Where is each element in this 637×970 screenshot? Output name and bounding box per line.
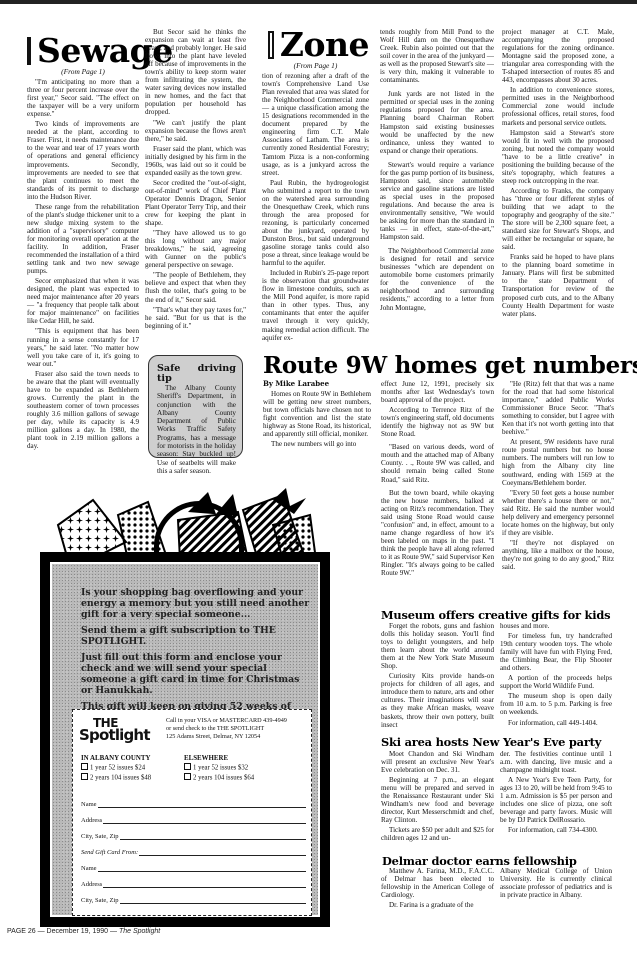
sewage-headline: Sewage — [27, 34, 139, 68]
paragraph: "I'm anticipating no more than a three o… — [27, 78, 139, 118]
ski-col-1: Moet Chandon and Ski Windham will presen… — [381, 750, 494, 845]
paragraph: Dr. Farina is a graduate of the — [381, 901, 494, 909]
ski-col-2: der. The festivities continue until 1 a.… — [500, 750, 612, 836]
sender-name-field[interactable]: Name — [81, 856, 306, 872]
sender-city-state-zip-field[interactable]: City, Sate, Zip — [81, 888, 306, 904]
paragraph: In addition to convenience stores, permi… — [502, 86, 614, 126]
coupon-fields: Name Address City, Sate, Zip Send Gift C… — [81, 792, 306, 904]
page-footer: PAGE 26 — December 19, 1990 — The Spotli… — [7, 928, 160, 935]
paragraph: tion of rezoning after a draft of the to… — [262, 72, 369, 177]
paragraph: For information, call 734-4300. — [500, 826, 612, 834]
ski-headline: Ski area hosts New Year's Eve party — [381, 736, 601, 748]
paragraph: Included in Rubin's 25-page report is th… — [262, 269, 369, 341]
paragraph: "He (Ritz) felt that that was a name for… — [502, 380, 614, 436]
delmar-col-1: Matthew A. Farina, M.D., F.A.C.C. of Del… — [381, 867, 494, 911]
subscription-coupon[interactable]: THE Spotlight Call in your VISA or MASTE… — [72, 709, 312, 916]
paragraph: "This is equipment that has been running… — [27, 327, 139, 367]
elsewhere-1yr-option[interactable]: 1 year 52 issues $32 — [184, 763, 284, 773]
route9w-col-1: By Mike Larabee Homes on Route 9W in Bet… — [263, 380, 371, 450]
museum-col-2: houses and more. For timeless fun, try h… — [500, 622, 612, 729]
paragraph: But the town board, while okaying the ne… — [381, 489, 494, 578]
paragraph: "The people of Bethlehem, they believe a… — [145, 271, 246, 303]
checkbox-bullet-icon — [27, 37, 31, 65]
safe-driving-box: Safe driving tip The Albany County Sheri… — [148, 355, 243, 458]
paragraph: der. The festivities continue until 1 a.… — [500, 750, 612, 774]
spotlight-subscription-ad: Is your shopping bag overflowing and you… — [40, 480, 328, 925]
paragraph: The museum shop is open daily from 10 a.… — [500, 692, 612, 716]
paragraph: "If they're not displayed on anything, l… — [502, 539, 614, 571]
byline: By Mike Larabee — [263, 380, 371, 388]
checkbox-icon[interactable] — [81, 763, 88, 770]
safe-driving-body: The Albany County Sheriff's Department, … — [157, 384, 236, 475]
delmar-col-2: Albany Medical College of Union Universi… — [500, 867, 612, 901]
ad-frame: Is your shopping bag overflowing and you… — [40, 552, 330, 927]
paragraph: A portion of the proceeds helps support … — [500, 674, 612, 690]
paragraph: Beginning at 7 p.m., an elegant menu wil… — [381, 776, 494, 824]
paragraph: According to Franks, the company has "th… — [502, 187, 614, 251]
paragraph: Junk yards are not listed in the permitt… — [380, 90, 494, 154]
name-field[interactable]: Name — [81, 792, 306, 808]
call-in-info: Call in your VISA or MASTERCARD 439-4949… — [166, 717, 287, 741]
checkbox-icon[interactable] — [184, 763, 191, 770]
paragraph: Homes on Route 9W in Bethlehem will be g… — [263, 390, 371, 438]
albany-2yr-option[interactable]: 2 years 104 issues $48 — [81, 773, 181, 783]
paragraph: Secor credited the "out-of-sight, out-of… — [145, 179, 246, 227]
paragraph: Fraser also said the town needs to be aw… — [27, 370, 139, 450]
ad-body: Is your shopping bag overflowing and you… — [50, 562, 320, 917]
paragraph: Hampston said a Stewart's store would fi… — [502, 129, 614, 185]
museum-col-1: Forget the robots, guns and fashion doll… — [381, 622, 494, 731]
paragraph: According to Terrence Ritz of the town's… — [381, 406, 494, 438]
paragraph: Two kinds of improvements are needed at … — [27, 120, 139, 200]
paragraph: Franks said he hoped to have plans to th… — [502, 253, 614, 317]
paragraph: Moet Chandon and Ski Windham will presen… — [381, 750, 494, 774]
paragraph: Paul Rubin, the hydrogeologist who submi… — [262, 179, 369, 268]
paragraph: These range from the rehabilitation of t… — [27, 203, 139, 275]
route9w-col-3: "He (Ritz) felt that that was a name for… — [502, 380, 614, 573]
paragraph: "Every 50 feet gets a house number wheth… — [502, 489, 614, 537]
checkbox-icon[interactable] — [81, 773, 88, 780]
ad-copy-line: Just fill out this form and enclose your… — [81, 652, 311, 696]
checkbox-bullet-icon — [268, 31, 274, 59]
page-top-rule — [0, 0, 637, 4]
checkbox-icon[interactable] — [184, 773, 191, 780]
paragraph: Albany Medical College of Union Universi… — [500, 867, 612, 899]
sewage-col-2: But Secor said he thinks the expansion c… — [145, 28, 246, 332]
elsewhere-2yr-option[interactable]: 2 years 104 issues $64 — [184, 773, 284, 783]
spotlight-logo: THE Spotlight — [79, 717, 150, 744]
museum-headline: Museum offers creative gifts for kids — [381, 609, 610, 621]
paragraph: Matthew A. Farina, M.D., F.A.C.C. of Del… — [381, 867, 494, 899]
paragraph: "They have allowed us to go this long wi… — [145, 229, 246, 269]
albany-county-rates: IN ALBANY COUNTY 1 year 52 issues $24 2 … — [81, 755, 181, 783]
zone-col-3: project manager at C.T. Male, accompanyi… — [502, 28, 614, 320]
paragraph: For timeless fun, try handcrafted 19th c… — [500, 632, 612, 672]
zone-headline: Zone — [268, 28, 369, 62]
paragraph: A New Year's Eve Teen Party, for ages 13… — [500, 776, 612, 824]
paragraph: Tickets are $50 per adult and $25 for ch… — [381, 826, 494, 842]
paragraph: "We can't justify the plant expansion be… — [145, 119, 246, 143]
paragraph: houses and more. — [500, 622, 612, 630]
paragraph: But Secor said he thinks the expansion c… — [145, 28, 246, 117]
albany-1yr-option[interactable]: 1 year 52 issues $24 — [81, 763, 181, 773]
address-field[interactable]: Address — [81, 808, 306, 824]
ad-copy-line: Send them a gift subscription to THE SPO… — [81, 625, 311, 647]
sender-address-field[interactable]: Address — [81, 872, 306, 888]
delmar-headline: Delmar doctor earns fellowship — [382, 855, 577, 867]
elsewhere-rates: ELSEWHERE 1 year 52 issues $32 2 years 1… — [184, 755, 284, 783]
paragraph: project manager at C.T. Male, accompanyi… — [502, 28, 614, 84]
paragraph: "That's what they pay taxes for," he sai… — [145, 306, 246, 330]
route9w-col-2: effect June 12, 1991, precisely six mont… — [381, 380, 494, 579]
paragraph: Curiosity Kits provide hands-on projects… — [381, 672, 494, 728]
paragraph: At present, 9W residents have rural rout… — [502, 438, 614, 486]
zone-col-1: Zone (From Page 1) tion of rezoning afte… — [262, 28, 369, 344]
ad-copy: Is your shopping bag overflowing and you… — [81, 587, 311, 728]
paragraph: Secor emphasized that when it was design… — [27, 277, 139, 325]
city-state-zip-field[interactable]: City, Sate, Zip — [81, 824, 306, 840]
paragraph: Fraser said the plant, which was initial… — [145, 145, 246, 177]
paragraph: "Based on various deeds, word of mouth a… — [381, 443, 494, 483]
paragraph: The Neighborhood Commercial zone is desi… — [380, 247, 494, 311]
ad-copy-line: Is your shopping bag overflowing and you… — [81, 587, 311, 620]
paragraph: The new numbers will go into — [263, 440, 371, 448]
paragraph: Stewart's would require a variance for t… — [380, 161, 494, 241]
sewage-col-1: Sewage (From Page 1) "I'm anticipating n… — [27, 34, 139, 452]
safe-driving-title: Safe driving tip — [157, 364, 236, 384]
send-gift-card-from-field[interactable]: Send Gift Card From: — [81, 840, 306, 856]
subscription-rates: IN ALBANY COUNTY 1 year 52 issues $24 2 … — [81, 755, 306, 783]
zone-col-2: tends roughly from Mill Pond to the Wolf… — [380, 28, 494, 314]
route9w-headline: Route 9W homes get numbers — [263, 353, 637, 379]
paragraph: Forget the robots, guns and fashion doll… — [381, 622, 494, 670]
paragraph: For information, call 449-1404. — [500, 719, 612, 727]
paragraph: effect June 12, 1991, precisely six mont… — [381, 380, 494, 404]
paragraph: tends roughly from Mill Pond to the Wolf… — [380, 28, 494, 84]
